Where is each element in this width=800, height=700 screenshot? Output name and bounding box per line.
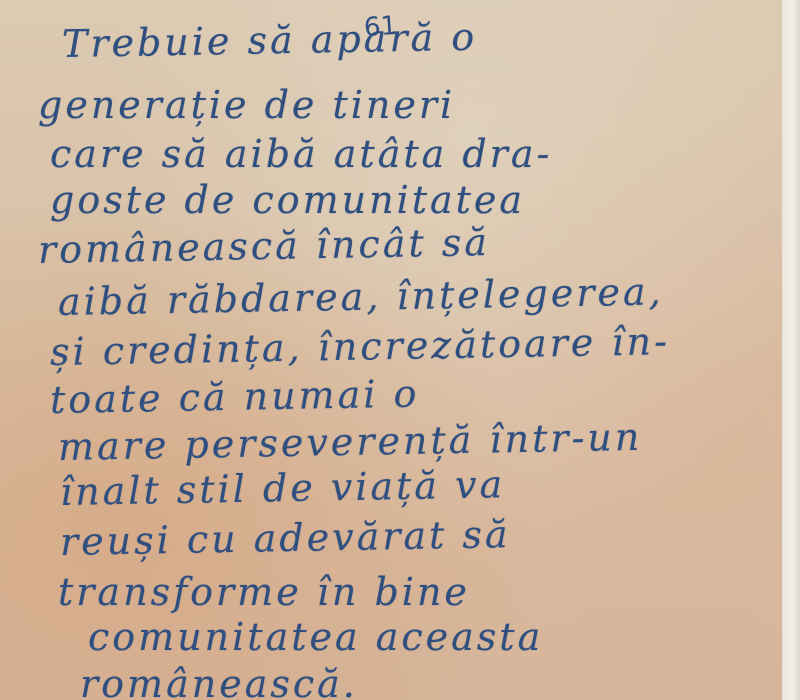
text-line: toate că numai o xyxy=(50,372,420,422)
text-line: generație de tineri xyxy=(38,83,455,127)
text-line: care să aibă atâta dra- xyxy=(50,132,552,176)
handwritten-text: Trebuie să apară o generație de tineri c… xyxy=(0,0,785,700)
text-line: goste de comunitatea xyxy=(50,178,525,222)
text-line: comunitatea aceasta xyxy=(88,615,543,659)
text-line: aibă răbdarea, înțelegerea, xyxy=(58,269,664,324)
text-line: și credința, încrezătoare în- xyxy=(50,319,671,374)
text-line: românească. xyxy=(80,662,358,700)
text-line: românească încât să xyxy=(38,220,491,272)
text-line: înalt stil de viață va xyxy=(60,462,506,514)
text-line: Trebuie să apară o xyxy=(62,15,478,66)
text-line: mare perseverență într-un xyxy=(58,415,643,469)
text-line: transforme în bine xyxy=(58,570,470,614)
text-line: reuși cu adevărat să xyxy=(60,512,511,564)
